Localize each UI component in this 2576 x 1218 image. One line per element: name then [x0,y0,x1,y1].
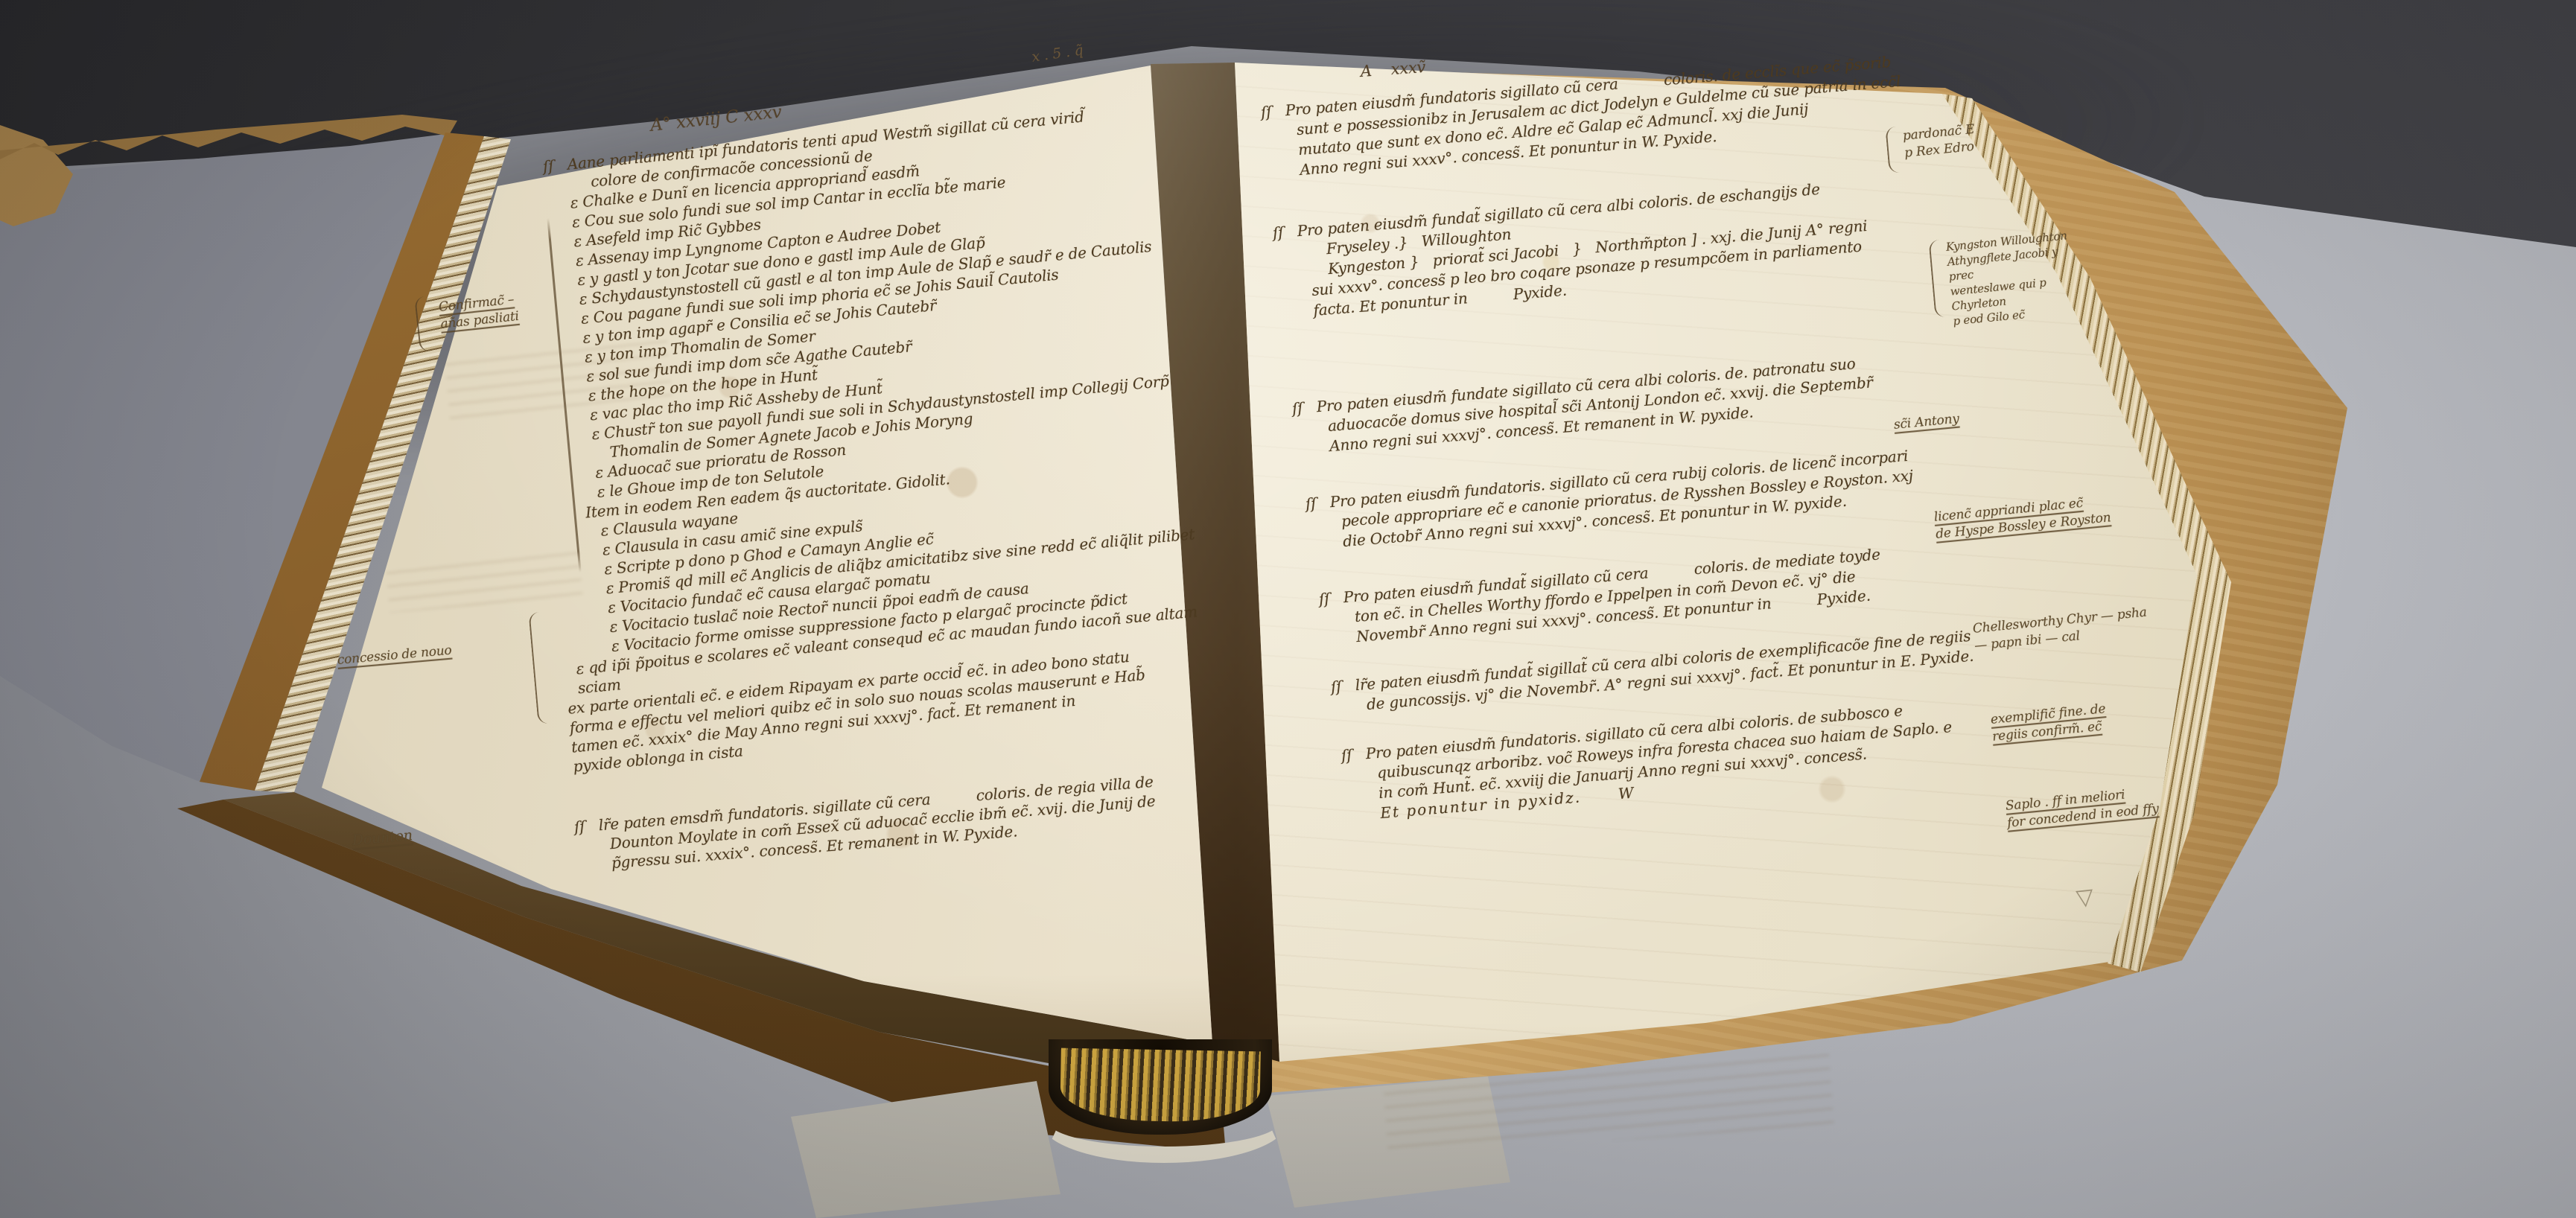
triangle-doodle-icon: ▽ [2075,884,2095,911]
margin-note-pardonacio: pardonac̃ E p Rex Edro [1902,121,1977,162]
margin-note-exchanges: Kyngston Willoughton Athyngflete Jacobi … [1945,227,2087,329]
left-main-entry: ſſ Aane parliamenti ipĩ fundatoris tenti… [517,99,1227,777]
spine-parchment-guard [1041,1081,1287,1163]
manuscript-photo: x . 5 . q̃ A° xxviij C xxxv ſſ Aane parl… [0,0,2576,1218]
